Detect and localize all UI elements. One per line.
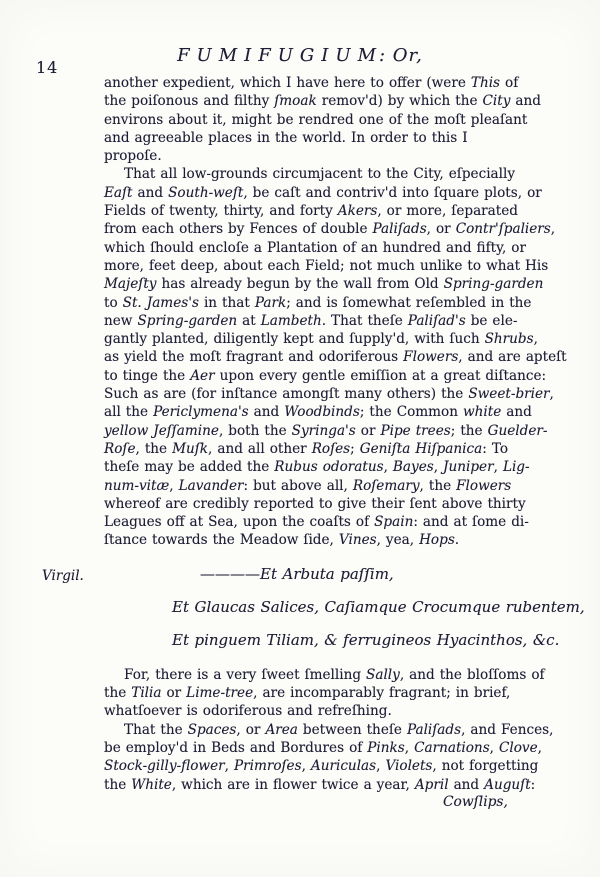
- text-line: the Tilia or Lime-tree, are incomparably…: [104, 684, 564, 702]
- catchword: Cowſlips,: [443, 794, 508, 810]
- text-line: the White, which are in flower twice a y…: [104, 776, 564, 794]
- paragraph: That the Spaces, or Area between theſe P…: [104, 721, 564, 794]
- text-line: another expedient, which I have here to …: [104, 74, 564, 92]
- text-line: num-vitæ, Lavander: but above all, Roſem…: [104, 477, 564, 495]
- text-line: yellow Jeſſamine, both the Syringa's or …: [104, 422, 564, 440]
- text-line: For, there is a very ſweet ſmelling Sall…: [104, 666, 564, 684]
- text-line: That all low-grounds circumjacent to the…: [104, 165, 564, 183]
- text-line: be employ'd in Beds and Bordures of Pink…: [104, 739, 564, 757]
- text-line: to St. James's in that Park; and is ſome…: [104, 294, 564, 312]
- text-line: Stock-gilly-flower, Primroſes, Auriculas…: [104, 757, 564, 775]
- verse-block: ————Et Arbuta paſſim,Et Glaucas Salices,…: [104, 565, 564, 649]
- text-line: ————Et Arbuta paſſim,: [104, 565, 564, 583]
- text-line: Eaſt and South-weſt, be caſt and contriv…: [104, 184, 564, 202]
- text-line: gantly planted, diligently kept and ſupp…: [104, 330, 564, 348]
- text-line: propoſe.: [104, 147, 564, 165]
- catchword-text: Cowſlips,: [443, 794, 508, 810]
- text-line: all the Periclymena's and Woodbinds; the…: [104, 403, 564, 421]
- running-header: FUMIFUGIUM: Or,: [0, 45, 600, 66]
- text-line: from each others by Fences of double Pal…: [104, 220, 564, 238]
- text-line: as yield the moſt fragrant and odorifero…: [104, 348, 564, 366]
- text-line: ſtance towards the Meadow ſide, Vines, y…: [104, 531, 564, 549]
- text-line: environs about it, might be rendred one …: [104, 111, 564, 129]
- text-line: the poiſonous and filthy ſmoak remov'd) …: [104, 92, 564, 110]
- text-line: which ſhould encloſe a Plantation of an …: [104, 239, 564, 257]
- text-line: Such as are (for inſtance amongſt many o…: [104, 385, 564, 403]
- text-line: Et pinguem Tiliam, & ferrugineos Hyacint…: [104, 631, 564, 649]
- text-line: Majeſty has already begun by the wall fr…: [104, 275, 564, 293]
- book-page-scan: 14 FUMIFUGIUM: Or, Virgil. another exped…: [0, 0, 600, 877]
- text-line: more, feet deep, about each Field; not m…: [104, 257, 564, 275]
- text-line: to tinge the Aer upon every gentle emiſſ…: [104, 367, 564, 385]
- text-line: theſe may be added the Rubus odoratus, B…: [104, 458, 564, 476]
- text-line: Leagues off at Sea, upon the coaſts of S…: [104, 513, 564, 531]
- paragraph: That all low-grounds circumjacent to the…: [104, 165, 564, 549]
- header-title: FUMIFUGIUM: [177, 45, 383, 66]
- paragraph: For, there is a very ſweet ſmelling Sall…: [104, 666, 564, 721]
- text-line: That the Spaces, or Area between theſe P…: [104, 721, 564, 739]
- text-line: and agreeable places in the world. In or…: [104, 129, 564, 147]
- text-line: new Spring-garden at Lambeth. That theſe…: [104, 312, 564, 330]
- text-line: Fields of twenty, thirty, and forty Aker…: [104, 202, 564, 220]
- text-line: whereof are credibly reported to give th…: [104, 495, 564, 513]
- text-line: Et Glaucas Salices, Caſiamque Crocumque …: [104, 598, 564, 616]
- text-line: whatſoever is odoriferous and refreſhing…: [104, 702, 564, 720]
- header-suffix: : Or,: [379, 45, 423, 66]
- text-line: Roſe, the Muſk, and all other Roſes; Gen…: [104, 440, 564, 458]
- margin-note-virgil: Virgil.: [42, 568, 84, 584]
- text-flow: another expedient, which I have here to …: [104, 74, 564, 794]
- paragraph: another expedient, which I have here to …: [104, 74, 564, 165]
